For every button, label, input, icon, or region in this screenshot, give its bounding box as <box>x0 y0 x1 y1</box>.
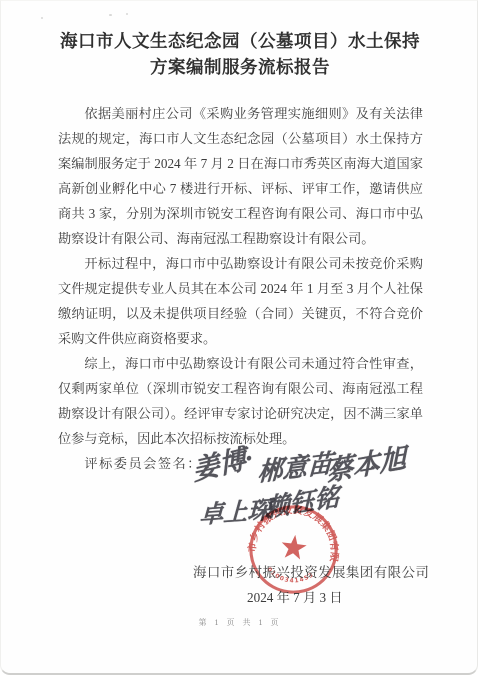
issue-date: 2024 年 7 月 3 日 <box>247 587 343 606</box>
company-seal-stamp-icon: 海口市乡村振兴投资发展集团有限公司 0100341453 <box>242 498 346 602</box>
page-number-footer: 第 1 页 共 1 页 <box>1 617 478 628</box>
stamp-star-icon <box>280 533 308 560</box>
scan-noise-dot <box>126 13 128 15</box>
document-title: 海口市人文生态纪念园（公墓项目）水土保持 方案编制服务流标报告 <box>1 28 478 80</box>
title-line-1: 海口市人文生态纪念园（公墓项目）水土保持 <box>60 31 420 51</box>
issuing-company-name: 海口市乡村振兴投资发展集团有限公司 <box>193 561 429 581</box>
document-page: 海口市人文生态纪念园（公墓项目）水土保持 方案编制服务流标报告 依据美丽村庄公司… <box>0 0 478 675</box>
paragraph-1: 依据美丽村庄公司《采购业务管理实施细则》及有关法律法规的规定，海口市人文生态纪念… <box>58 101 423 251</box>
scan-noise-dot <box>41 17 43 19</box>
paragraph-2: 开标过程中，海口市中弘勘察设计有限公司未按竞价采购文件规定提供专业人员其在本公司… <box>58 251 423 351</box>
scan-noise-dot <box>109 14 112 16</box>
title-line-2: 方案编制服务流标报告 <box>150 57 330 77</box>
document-body: 依据美丽村庄公司《采购业务管理实施细则》及有关法律法规的规定，海口市人文生态纪念… <box>58 101 423 476</box>
paragraph-3: 综上，海口市中弘勘察设计有限公司未通过符合性审查，仅剩两家单位（深圳市锐安工程咨… <box>58 351 423 451</box>
